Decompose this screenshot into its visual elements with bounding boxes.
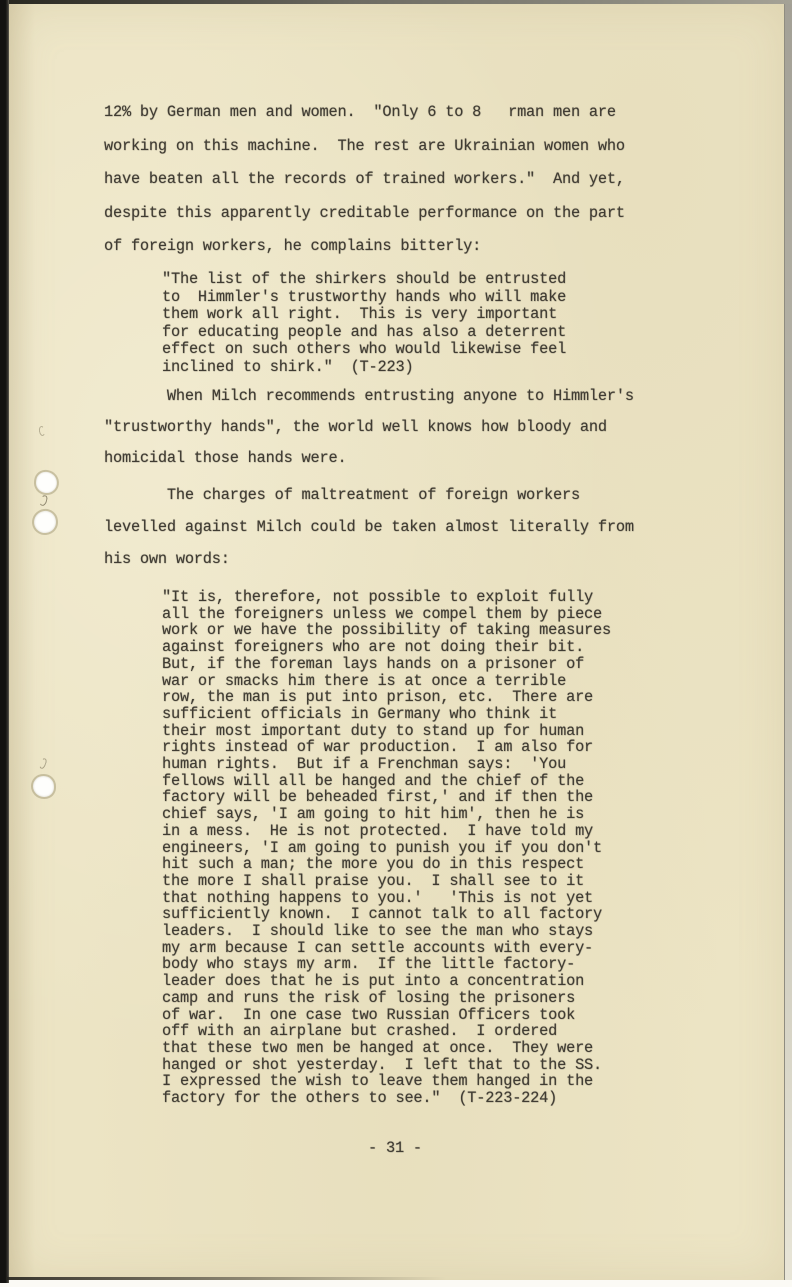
scan-edge-right xyxy=(784,0,792,1287)
blockquote-shirkers-t223: "The list of the shirkers should be entr… xyxy=(162,271,566,377)
blockquote-milch-own-words-t223-224: "It is, therefore, not possible to explo… xyxy=(162,589,611,1107)
punch-hole-bottom xyxy=(33,776,54,797)
page-number: - 31 - xyxy=(368,1139,422,1157)
paragraph-foreign-workers-performance: 12% by German men and women. "Only 6 to … xyxy=(104,96,625,264)
paragraph-himmler-trustworthy-hands: When Milch recommends entrusting anyone … xyxy=(104,381,634,474)
scan-edge-bottom-line xyxy=(6,1277,446,1280)
scan-edge-bottom xyxy=(0,1280,792,1287)
paragraph-charges-of-maltreatment: The charges of maltreatment of foreign w… xyxy=(104,479,634,575)
scan-edge-top xyxy=(0,0,792,4)
scanned-document: 12% by German men and women. "Only 6 to … xyxy=(0,0,792,1287)
scan-edge-left xyxy=(0,0,9,1283)
